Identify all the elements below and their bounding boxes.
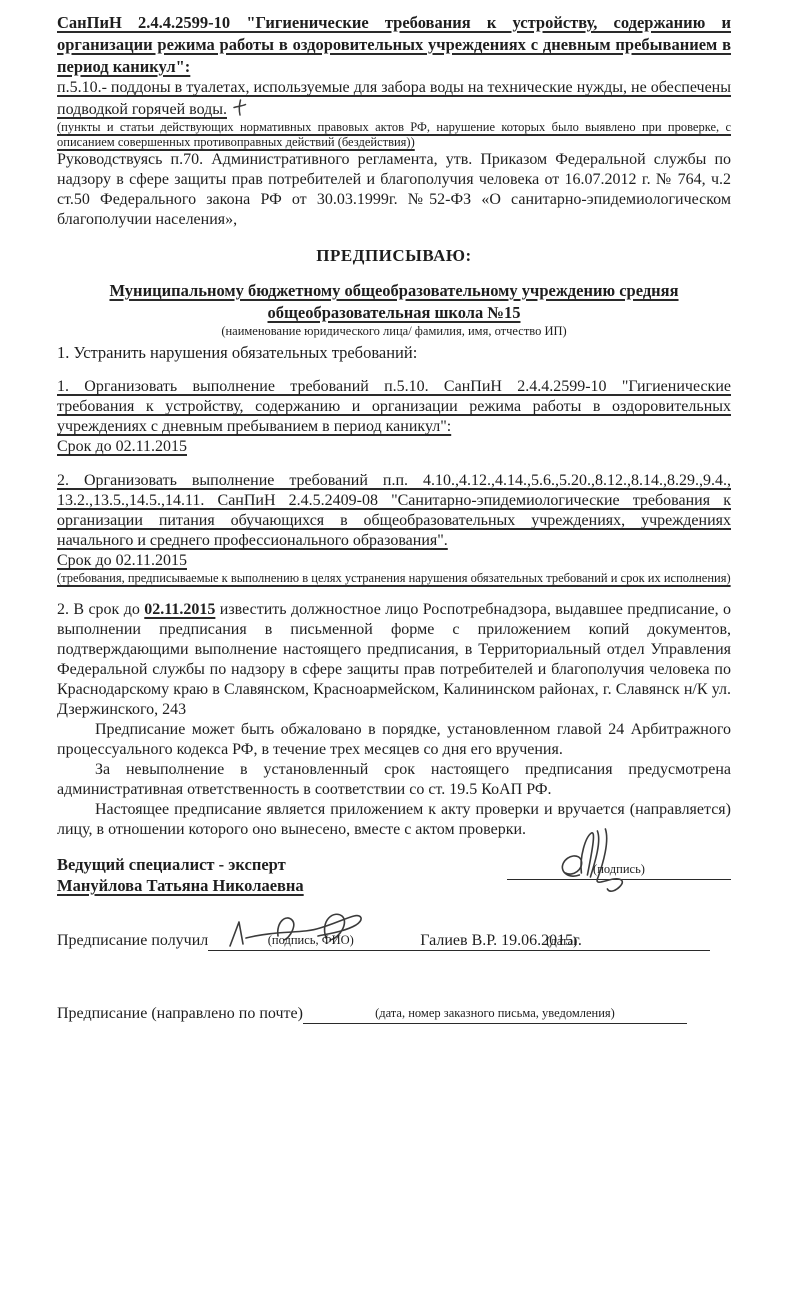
document-page: СанПиН 2.4.4.2599-10 "Гигиенические треб…	[0, 0, 789, 1300]
official-signature-caption: (подпись)	[507, 862, 731, 877]
legal-basis-paragraph: Руководствуясь п.70. Административного р…	[57, 150, 731, 230]
received-label: Предписание получил	[57, 931, 208, 951]
mail-label: Предписание (направлено по почте)	[57, 1004, 303, 1024]
notify-clause-suffix: известить должностное лицо Роспотребнадз…	[57, 601, 731, 718]
received-date-line: Галиев В.Р. 19.06.2015г. (дата)	[413, 931, 710, 951]
notify-clause-prefix: 2. В срок до	[57, 601, 144, 618]
official-identity: Ведущий специалист - эксперт Мануйлова Т…	[57, 854, 304, 896]
official-name: Мануйлова Татьяна Николаевна	[57, 875, 304, 896]
received-block: Предписание получил (подпись, ФИО) Галие…	[57, 930, 731, 951]
appeal-clause: Предписание может быть обжаловано в поря…	[57, 720, 731, 760]
official-title: Ведущий специалист - эксперт	[57, 854, 304, 875]
order-heading: ПРЕДПИСЫВАЮ:	[57, 246, 731, 266]
document-content: СанПиН 2.4.4.2599-10 "Гигиенические треб…	[0, 0, 789, 1024]
received-signature-caption: (подпись, ФИО)	[208, 933, 413, 948]
item1-intro: 1. Устранить нарушения обязательных треб…	[57, 343, 731, 363]
official-signature-mark	[549, 823, 669, 895]
requirement-1-text: 1. Организовать выполнение требований п.…	[57, 377, 731, 437]
official-signature-line: (подпись)	[507, 859, 731, 880]
mail-line: (дата, номер заказного письма, уведомлен…	[303, 1003, 687, 1024]
mail-block: Предписание (направлено по почте) (дата,…	[57, 1003, 731, 1024]
handwritten-plus-mark	[232, 98, 247, 117]
requirement-2-text: 2. Организовать выполнение требований п.…	[57, 471, 731, 551]
liability-clause: За невыполнение в установленный срок нас…	[57, 760, 731, 800]
addressee-footnote: (наименование юридического лица/ фамилия…	[57, 324, 731, 339]
requirements-footnote: (требования, предписываемые к выполнению…	[57, 571, 731, 586]
mail-caption: (дата, номер заказного письма, уведомлен…	[303, 1006, 687, 1021]
addressee-name: Муниципальному бюджетному общеобразовате…	[57, 280, 731, 324]
received-date-caption: (дата)	[413, 934, 710, 949]
notify-clause: 2. В срок до 02.11.2015 известить должно…	[57, 600, 731, 720]
requirement-1-deadline: Срок до 02.11.2015	[57, 437, 187, 457]
notify-clause-deadline: 02.11.2015	[144, 601, 215, 618]
requirement-1: 1. Организовать выполнение требований п.…	[57, 377, 731, 457]
requirement-2-deadline: Срок до 02.11.2015	[57, 551, 187, 571]
requirement-2: 2. Организовать выполнение требований п.…	[57, 471, 731, 571]
received-signature-line: (подпись, ФИО)	[208, 930, 413, 951]
violation-clause: п.5.10.- поддоны в туалетах, используемы…	[57, 78, 731, 120]
violation-footnote: (пункты и статьи действующих нормативных…	[57, 120, 731, 150]
sanpin-title: СанПиН 2.4.4.2599-10 "Гигиенические треб…	[57, 12, 731, 78]
violation-clause-text: п.5.10.- поддоны в туалетах, используемы…	[57, 79, 731, 118]
official-signature-block: Ведущий специалист - эксперт Мануйлова Т…	[57, 854, 731, 896]
